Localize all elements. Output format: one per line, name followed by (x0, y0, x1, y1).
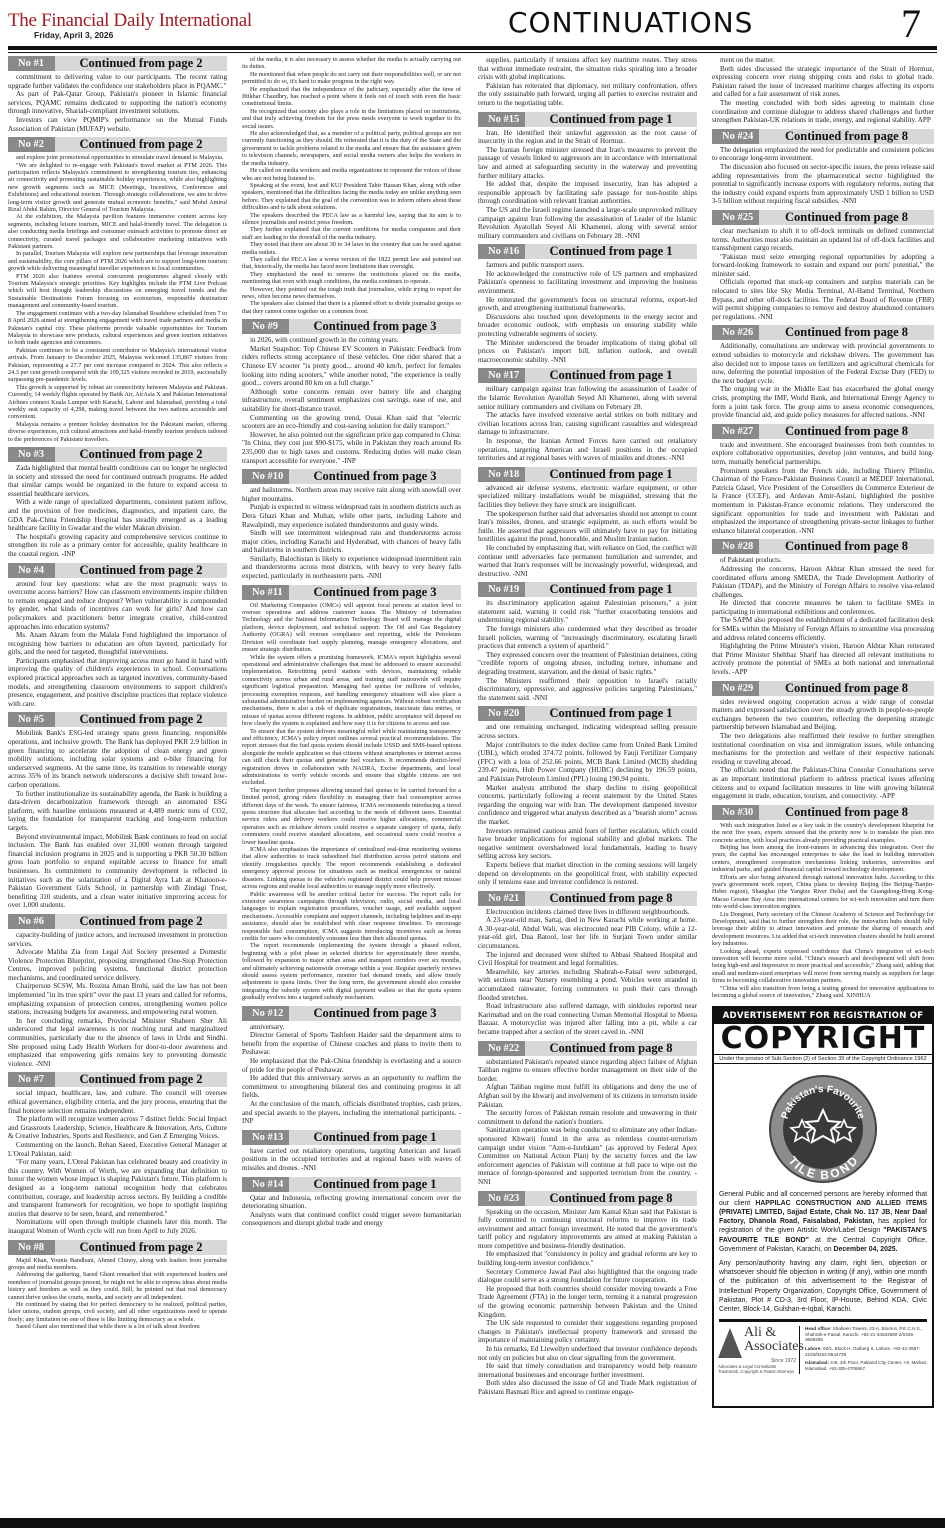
office-label: Islamabad: (805, 1360, 829, 1365)
story-paragraph: PTM 2026 also features several concurren… (8, 273, 227, 310)
story-paragraph: The speakers also claimed that there is … (242, 300, 461, 315)
story-continued-from: Continued from page 8 (759, 424, 934, 439)
story-body: of the media, it is also necessary to as… (242, 56, 461, 315)
story-body: ment on the matter.Both sides discussed … (712, 56, 934, 125)
story-paragraph: capacity-building of justice actors, and… (8, 931, 227, 948)
story-paragraph: Mobilink Bank's ESG-led strategy spans g… (8, 729, 227, 789)
story-header: No #9Continued from page 3 (242, 319, 461, 334)
story-body: social impact, healthcare, law, and cult… (8, 1089, 227, 1235)
story-paragraph: its discriminatory application against P… (478, 599, 697, 625)
story-paragraph: Saeed Ghani also mentioned that while th… (8, 1323, 227, 1330)
story-paragraph: Market Snapshot: Top Chinese EV Scooters… (242, 345, 461, 388)
story-body: sides reviewed ongoing cooperation acros… (712, 698, 934, 801)
story-paragraph: He directed that concrete measures be ta… (712, 599, 934, 616)
office-label: Head office: (805, 1326, 831, 1331)
story-paragraph: Participants emphasised that improving a… (8, 657, 227, 709)
story-paragraph: Electrocution incidents claimed three li… (478, 908, 697, 917)
story-header: No #1Continued from page 2 (8, 56, 227, 71)
story-paragraph: This growth is supported by robust air c… (8, 384, 227, 421)
story-body: supplies, particularly if tensions affec… (478, 56, 697, 108)
story-continued-from: Continued from page 1 (289, 1177, 461, 1192)
continuation-story: No #12Continued from page 3anniversary.D… (242, 1006, 461, 1126)
story-number-label: No #6 (8, 914, 55, 929)
story-header: No #25Continued from page 8 (712, 210, 934, 225)
story-paragraph: He mentioned that when people do not car… (242, 71, 461, 86)
story-paragraph: The foreign ministers also condemned wha… (478, 625, 697, 651)
story-paragraph: Additionally, consultations are underway… (712, 342, 934, 385)
story-paragraph: The Ministers reaffirmed their oppositio… (478, 677, 697, 703)
continuation-story: No #5Continued from page 2Mobilink Bank'… (8, 712, 227, 909)
ad-notice-objection: Any person/authority having any claim, r… (714, 1259, 932, 1314)
story-number-label: No #29 (712, 681, 759, 696)
story-header: No #12Continued from page 3 (242, 1006, 461, 1021)
story-paragraph: Malaysia remains a premier holiday desti… (8, 421, 227, 443)
story-header: No #24Continued from page 8 (712, 129, 934, 144)
story-paragraph: The hospital's growing capacity and comp… (8, 533, 227, 559)
page-bottom-rule (0, 1518, 945, 1528)
story-paragraph: In parallel, Tourism Malaysia will explo… (8, 250, 227, 272)
story-paragraph: Road infrastructure also suffered damage… (478, 1002, 697, 1036)
story-paragraph: commitment to delivering value to our pa… (8, 73, 227, 90)
story-paragraph: At the exhibition, the Malaysia pavilion… (8, 213, 227, 250)
office-details: 50/1, Block H, Gulberg II, Lahore. +92-4… (805, 1346, 920, 1357)
story-header: No #17Continued from page 1 (478, 368, 697, 383)
continuation-story: No #20Continued from page 1and one remai… (478, 706, 697, 886)
story-paragraph: They expressed concern over the treatmen… (478, 651, 697, 677)
copyright-advertisement: ADVERTISEMENT FOR REGISTRATION OF COPYRI… (712, 1006, 934, 1408)
story-continued-from: Continued from page 3 (289, 469, 461, 484)
story-paragraph: He added that, despite the imposed insec… (478, 180, 697, 206)
story-paragraph: He added that this anniversary serves as… (242, 1074, 461, 1100)
story-paragraph: ICMA also emphasizes the importance of c… (242, 846, 461, 890)
story-number-label: No #23 (478, 1191, 525, 1206)
story-header: No #19Continued from page 1 (478, 582, 697, 597)
story-header: No #14Continued from page 1 (242, 1177, 461, 1192)
story-paragraph: They emphasized the need to remove the r… (242, 271, 461, 286)
story-header: No #27Continued from page 8 (712, 424, 934, 439)
continuation-story: No #8Continued from page 2Majid Khan, Yo… (8, 1240, 227, 1331)
story-header: No #13Continued from page 1 (242, 1130, 461, 1145)
story-body: substantiated Pakistan's repeated stance… (478, 1058, 697, 1187)
story-paragraph: Secretary Commerce Jawad Paul also highl… (478, 1268, 697, 1285)
story-continued-from: Continued from page 2 (55, 563, 227, 578)
story-paragraph: He said that timely consultation and tra… (478, 1362, 697, 1379)
story-paragraph: Discussions also touched upon developmen… (478, 313, 697, 339)
story-paragraph: The report further proposes allowing unu… (242, 787, 461, 846)
story-paragraph: Chairperson SCSW, Ms. Rozina Aman Brohi,… (8, 982, 227, 1016)
story-body: of Pakistani products.Addressing the con… (712, 556, 934, 676)
story-paragraph: The delegation emphasized the need for p… (712, 146, 934, 163)
column-3: supplies, particularly if tensions affec… (478, 56, 697, 1516)
story-paragraph: Addressing the concerns, Haroon Akhtar K… (712, 565, 934, 599)
continuation-story: No #1Continued from page 2commitment to … (8, 56, 227, 133)
story-paragraph: Sanitization operation was being conduct… (478, 1126, 697, 1186)
story-paragraph: Efforts are also being advanced through … (712, 874, 934, 911)
story-body: trade and investment. She encouraged bus… (712, 441, 934, 536)
continuation-story: No #9Continued from page 3in 2026, with … (242, 319, 461, 465)
story-paragraph: clear mechanism to shift it to off-dock … (712, 227, 934, 253)
story-paragraph: Pakistan continues to be a consistent co… (8, 347, 227, 384)
continuation-story: No #4Continued from page 2around four ke… (8, 563, 227, 709)
story-header: No #7Continued from page 2 (8, 1072, 227, 1087)
story-paragraph: Pakistan has reiterated that diplomacy, … (478, 82, 697, 108)
continuation-story: No #27Continued from page 8trade and inv… (712, 424, 934, 536)
story-header: No #4Continued from page 2 (8, 563, 227, 578)
story-paragraph: The meeting concluded with both sides ag… (712, 99, 934, 125)
continuation-story: No #6Continued from page 2capacity-build… (8, 914, 227, 1069)
section-title: CONTINUATIONS (508, 6, 753, 39)
story-paragraph: Punjab is expected to witness widespread… (242, 503, 461, 529)
story-body: advanced air defense systems, electronic… (478, 484, 697, 579)
continuation-story: No #15Continued from page 1Iran. He iden… (478, 112, 697, 241)
story-paragraph: "We are delighted to re-engage with Paki… (8, 162, 227, 214)
story-number-label: No #17 (478, 368, 525, 383)
story-paragraph: The ongoing war in the Middle East has e… (712, 385, 934, 419)
story-paragraph: Experts believe that market direction in… (478, 861, 697, 887)
story-paragraph: Beijing has been among the front-runners… (712, 844, 934, 874)
story-continued-from: Continued from page 8 (525, 1041, 697, 1056)
story-body: clear mechanism to shift it to off-dock … (712, 227, 934, 322)
story-body: Speaking on the occasion, Minister Jam K… (478, 1208, 697, 1397)
story-paragraph: The security forces of Pakistan remain r… (478, 1109, 697, 1126)
story-header: No #15Continued from page 1 (478, 112, 697, 127)
continuation-story: No #13Continued from page 1have carried … (242, 1130, 461, 1173)
story-paragraph: Advocate Maliha Zia from Legal Aid Socie… (8, 948, 227, 982)
story-paragraph: advanced air defense systems, electronic… (478, 484, 697, 510)
story-number-label: No #26 (712, 325, 759, 340)
story-continued-from: Continued from page 8 (759, 325, 934, 340)
story-paragraph: Highlighting the Prime Minister's vision… (712, 642, 934, 676)
story-continued-from: Continued from page 1 (289, 1130, 461, 1145)
story-number-label: No #24 (712, 129, 759, 144)
story-header: No #18Continued from page 1 (478, 467, 697, 482)
ad-headline: COPYRIGHT (714, 1024, 932, 1055)
story-number-label: No #13 (242, 1130, 289, 1145)
office-address: Head office: Shaheen Towers, 23-A, Block… (805, 1326, 928, 1343)
story-paragraph: As part of Pak-Qatar Group, Pakistan's p… (8, 90, 227, 116)
story-paragraph: The injured and deceased were shifted to… (478, 951, 697, 968)
story-paragraph: ment on the matter. (712, 56, 934, 65)
story-continued-from: Continued from page 8 (759, 129, 934, 144)
story-header: No #29Continued from page 8 (712, 681, 934, 696)
story-paragraph: To further institutionalize its sustaina… (8, 790, 227, 833)
story-number-label: No #7 (8, 1072, 55, 1087)
story-paragraph: Investors can view PQMIP's performance o… (8, 116, 227, 133)
continuation-story: No #14Continued from page 1Qatar and Ind… (242, 1177, 461, 1228)
office-address: Islamabad: 4-B, 4th Floor, Pakland City … (805, 1360, 928, 1371)
story-paragraph: He continued by stating that for perfect… (8, 1301, 227, 1323)
story-body: Oil Marketing Companies (OMCs) will appo… (242, 602, 461, 1002)
story-paragraph: The attacks have involved extensive aeri… (478, 411, 697, 437)
law-firm-logo: Ali & Associates Since 1972 Advocates & … (718, 1326, 800, 1374)
story-paragraph: Speaking on the occasion, Minister Jam K… (478, 1208, 697, 1251)
story-continued-from: Continued from page 2 (55, 914, 227, 929)
continuation-story: No #17Continued from page 1military camp… (478, 368, 697, 462)
story-paragraph: supplies, particularly if tensions affec… (478, 56, 697, 82)
story-paragraph: military campaign against Iran following… (478, 385, 697, 411)
newspaper-title: The Financial Daily International (8, 10, 252, 32)
story-number-label: No #8 (8, 1240, 55, 1255)
story-paragraph: Addressing the gathering, Saeed Ghani re… (8, 1271, 227, 1301)
continuation-story: No #25Continued from page 8clear mechani… (712, 210, 934, 322)
story-paragraph: Ms. Anam Akram from the Malala Fund high… (8, 631, 227, 657)
story-paragraph: In response, the Iranian Armed Forces ha… (478, 437, 697, 463)
story-continued-from: Continued from page 8 (525, 1191, 697, 1206)
story-paragraph: He acknowledged the constructive role of… (478, 270, 697, 296)
story-number-label: No #30 (712, 805, 759, 820)
continuation-story: supplies, particularly if tensions affec… (478, 56, 697, 108)
story-paragraph: sides reviewed ongoing cooperation acros… (712, 698, 934, 732)
story-paragraph: Iran. He identified their unlawful aggre… (478, 129, 697, 146)
story-paragraph: He emphasized that the Pak-China friends… (242, 1057, 461, 1074)
story-paragraph: However, they pointed out the tough trut… (242, 286, 461, 301)
ad-subheader: Under the proviso of Sub-Section (2) of … (714, 1055, 932, 1064)
story-paragraph: Qatar and Indonesia, reflecting growing … (242, 1194, 461, 1211)
story-paragraph: social impact, healthcare, law, and cult… (8, 1089, 227, 1115)
story-body: have carried out retaliatory operations,… (242, 1147, 461, 1173)
story-header: No #3Continued from page 2 (8, 447, 227, 462)
story-header: No #26Continued from page 8 (712, 325, 934, 340)
firm-name-line2: Associates (744, 1340, 804, 1354)
story-paragraph: Commenting on the launch, Rehan Saeed, E… (8, 1141, 227, 1158)
story-header: No #2Continued from page 2 (8, 137, 227, 152)
firm-name-line1: Ali & (744, 1326, 804, 1340)
story-paragraph: They noted that there are about 30 to 34… (242, 241, 461, 256)
column-4-stories: ment on the matter.Both sides discussed … (712, 56, 934, 1000)
story-number-label: No #14 (242, 1177, 289, 1192)
ad-notice-applicant: General Public and all concerned persons… (714, 1190, 932, 1254)
story-header: No #5Continued from page 2 (8, 712, 227, 727)
column-1: No #1Continued from page 2commitment to … (8, 56, 227, 1516)
issue-date: Friday, April 3, 2026 (34, 30, 113, 40)
story-paragraph: Sindh will see intermittent widespread r… (242, 529, 461, 555)
story-paragraph: Zada highlighted that mental health cond… (8, 464, 227, 498)
story-number-label: No #4 (8, 563, 55, 578)
story-continued-from: Continued from page 2 (55, 137, 227, 152)
story-body: commitment to delivering value to our pa… (8, 73, 227, 133)
story-continued-from: Continued from page 1 (525, 368, 697, 383)
continuation-story: No #11Continued from page 3Oil Marketing… (242, 585, 461, 1002)
ad-footer: Ali & Associates Since 1972 Advocates & … (714, 1326, 932, 1378)
story-continued-from: Continued from page 8 (759, 805, 934, 820)
story-paragraph: While the system offers a promising fram… (242, 654, 461, 728)
story-paragraph: The US and the Israeli regime launched a… (478, 206, 697, 240)
continuation-story: of the media, it is also necessary to as… (242, 56, 461, 315)
story-paragraph: He emphasized that "consistency in polic… (478, 1250, 697, 1267)
story-paragraph: In his remarks, Ed Llewellyn underlined … (478, 1345, 697, 1362)
story-number-label: No #5 (8, 712, 55, 727)
story-paragraph: "China will also transition from being a… (712, 985, 934, 1000)
story-number-label: No #28 (712, 539, 759, 554)
story-body: its discriminatory application against P… (478, 599, 697, 702)
story-body: military campaign against Iran following… (478, 385, 697, 462)
story-paragraph: of Pakistani products. (712, 556, 934, 565)
firm-triangle-icon (718, 1328, 742, 1358)
story-paragraph: of the media, it is also necessary to as… (242, 56, 461, 71)
story-paragraph: In her concluding remarks, Provincial Mi… (8, 1017, 227, 1069)
story-continued-from: Continued from page 3 (289, 1006, 461, 1021)
story-continued-from: Continued from page 8 (525, 891, 697, 906)
column-2: of the media, it is also necessary to as… (242, 56, 461, 1516)
story-continued-from: Continued from page 8 (759, 681, 934, 696)
story-paragraph: To ensure that the system delivers meani… (242, 728, 461, 787)
masthead-rule-thin (8, 52, 937, 53)
story-paragraph: and hailstorms. Northern areas may recei… (242, 486, 461, 503)
story-paragraph: He recognized that society also plays a … (242, 108, 461, 130)
continuation-story: No #18Continued from page 1advanced air … (478, 467, 697, 579)
story-paragraph: anniversary. (242, 1023, 461, 1032)
story-paragraph: in 2026, with continued growth in the co… (242, 336, 461, 345)
story-paragraph: Both sides discussed the strategic impor… (712, 65, 934, 99)
story-number-label: No #27 (712, 424, 759, 439)
story-number-label: No #22 (478, 1041, 525, 1056)
continuation-story: No #28Continued from page 8of Pakistani … (712, 539, 934, 676)
story-paragraph: With such integration listed as a key ta… (712, 822, 934, 844)
story-paragraph: Market analysts attributed the sharp dec… (478, 784, 697, 827)
three-stars-icon: Pakistan's Favourite TILE BOND (768, 1074, 878, 1184)
continuation-story: No #2Continued from page 2and explore jo… (8, 137, 227, 443)
masthead-rule (8, 46, 937, 50)
story-body: Majid Khan, Younis Bandhani, Ahmed Chino… (8, 1257, 227, 1331)
tile-bond-logo: Pakistan's Favourite TILE BOND (714, 1064, 932, 1190)
story-number-label: No #25 (712, 210, 759, 225)
continuation-story: No #22Continued from page 8substantiated… (478, 1041, 697, 1187)
story-paragraph: The report recommends implementing the s… (242, 942, 461, 1001)
story-paragraph: He reiterated the government's focus on … (478, 296, 697, 313)
story-header: No #22Continued from page 8 (478, 1041, 697, 1056)
story-continued-from: Continued from page 2 (55, 56, 227, 71)
story-paragraph: and one remaining unchanged, indicating … (478, 723, 697, 740)
story-number-label: No #2 (8, 137, 55, 152)
story-header: No #6Continued from page 2 (8, 914, 227, 929)
story-paragraph: have carried out retaliatory operations,… (242, 1147, 461, 1173)
story-continued-from: Continued from page 2 (55, 712, 227, 727)
continuation-story: No #7Continued from page 2social impact,… (8, 1072, 227, 1235)
story-number-label: No #1 (8, 56, 55, 71)
story-body: around four key questions: what are the … (8, 580, 227, 709)
ad-notice-emphasis: December 04, 2025. (834, 1246, 898, 1253)
masthead: The Financial Daily International Friday… (8, 0, 937, 48)
story-paragraph: He proposed that both countries should c… (478, 1285, 697, 1319)
story-header: No #16Continued from page 1 (478, 244, 697, 259)
story-paragraph: He emphasized that the independence of t… (242, 86, 461, 108)
story-paragraph: The speakers described the PECA law as a… (242, 212, 461, 227)
story-paragraph: Public awareness will be another critica… (242, 891, 461, 943)
continuation-story: ment on the matter.Both sides discussed … (712, 56, 934, 125)
story-paragraph: Both sides also discussed the issue of G… (478, 1379, 697, 1396)
story-continued-from: Continued from page 1 (525, 244, 697, 259)
page-number: 7 (901, 0, 921, 47)
story-paragraph: Prominent speakers from the French side,… (712, 467, 934, 536)
story-continued-from: Continued from page 3 (289, 585, 461, 600)
story-paragraph: Investors remained cautious amid fears o… (478, 827, 697, 861)
story-body: Zada highlighted that mental health cond… (8, 464, 227, 559)
story-paragraph: At the conclusion of the match, official… (242, 1100, 461, 1126)
story-paragraph: "Pakistan must seize emerging regional o… (712, 253, 934, 279)
story-body: anniversary.Director General of Sports T… (242, 1023, 461, 1126)
story-paragraph: Nominations will open through multiple c… (8, 1218, 227, 1235)
story-body: The delegation emphasized the need for p… (712, 146, 934, 206)
story-paragraph: Looking ahead, experts expressed confide… (712, 948, 934, 985)
story-paragraph: "For many years, L'Oreal Pakistan has ce… (8, 1158, 227, 1218)
story-paragraph: Commenting on the growing trend, Ousai K… (242, 414, 461, 431)
story-number-label: No #21 (478, 891, 525, 906)
story-paragraph: They further explained that the current … (242, 226, 461, 241)
story-number-label: No #10 (242, 469, 289, 484)
story-header: No #28Continued from page 8 (712, 539, 934, 554)
story-number-label: No #11 (242, 585, 289, 600)
story-paragraph: Liu Dongmei, Party secretary of the Chin… (712, 911, 934, 948)
story-header: No #10Continued from page 3 (242, 469, 461, 484)
story-paragraph: The engagement continues with a two-day … (8, 310, 227, 347)
story-paragraph: The two delegations also reaffirmed thei… (712, 732, 934, 766)
story-paragraph: trade and investment. She encouraged bus… (712, 441, 934, 467)
story-body: With such integration listed as a key ta… (712, 822, 934, 1000)
story-header: No #30Continued from page 8 (712, 805, 934, 820)
story-paragraph: Meanwhile, key arteries including Shahra… (478, 968, 697, 1002)
ad-divider (719, 1319, 927, 1322)
story-continued-from: Continued from page 2 (55, 1240, 227, 1255)
story-paragraph: Oil Marketing Companies (OMCs) will appo… (242, 602, 461, 654)
story-paragraph: Beyond environmental impact, Mobilink Ba… (8, 833, 227, 910)
office-label: Lahore: (805, 1346, 822, 1351)
story-paragraph: around four key questions: what are the … (8, 580, 227, 632)
story-continued-from: Continued from page 8 (759, 210, 934, 225)
continuation-story: No #3Continued from page 2Zada highlight… (8, 447, 227, 559)
story-paragraph: They called the PECA law a worse version… (242, 256, 461, 271)
story-body: Additionally, consultations are underway… (712, 342, 934, 419)
story-paragraph: The discussion also focused on sector-sp… (712, 163, 934, 206)
story-header: No #23Continued from page 8 (478, 1191, 697, 1206)
story-paragraph: With a wide range of specialized departm… (8, 498, 227, 532)
story-number-label: No #19 (478, 582, 525, 597)
story-paragraph: The platform will recognize women across… (8, 1115, 227, 1141)
continuation-story: No #10Continued from page 3and hailstorm… (242, 469, 461, 581)
story-number-label: No #18 (478, 467, 525, 482)
firm-offices: Head office: Shaheen Towers, 23-A, Block… (800, 1326, 928, 1374)
story-paragraph: farmers and public transport users. (478, 261, 697, 270)
continuation-story: No #30Continued from page 8With such int… (712, 805, 934, 1000)
story-number-label: No #9 (242, 319, 289, 334)
story-paragraph: Speaking at the event, host and KUJ Pres… (242, 182, 461, 212)
continuation-story: No #16Continued from page 1farmers and p… (478, 244, 697, 364)
story-paragraph: He called on media workers and media org… (242, 167, 461, 182)
story-continued-from: Continued from page 1 (525, 112, 697, 127)
story-number-label: No #12 (242, 1006, 289, 1021)
story-paragraph: Although some concerns remain over batte… (242, 388, 461, 414)
story-paragraph: A 23-year-old man, Sartaj, died in New K… (478, 916, 697, 950)
story-paragraph: The Iranian foreign minister stressed th… (478, 146, 697, 180)
story-continued-from: Continued from page 2 (55, 447, 227, 462)
story-header: No #21Continued from page 8 (478, 891, 697, 906)
story-paragraph: Similarly, Balochistan is likely to expe… (242, 555, 461, 581)
office-address: Lahore: 50/1, Block H, Gulberg II, Lahor… (805, 1346, 928, 1357)
story-paragraph: and explore joint promotional opportunit… (8, 154, 227, 161)
story-paragraph: The SAPM also proposed the establishment… (712, 616, 934, 642)
story-paragraph: Major contributors to the index decline … (478, 741, 697, 784)
story-body: Iran. He identified their unlawful aggre… (478, 129, 697, 241)
story-body: Qatar and Indonesia, reflecting growing … (242, 1194, 461, 1228)
story-body: Electrocution incidents claimed three li… (478, 908, 697, 1037)
story-body: and explore joint promotional opportunit… (8, 154, 227, 443)
continuation-story: No #26Continued from page 8Additionally,… (712, 325, 934, 419)
story-paragraph: substantiated Pakistan's repeated stance… (478, 1058, 697, 1084)
story-continued-from: Continued from page 1 (525, 467, 697, 482)
story-body: capacity-building of justice actors, and… (8, 931, 227, 1069)
story-body: and one remaining unchanged, indicating … (478, 723, 697, 886)
story-body: farmers and public transport users.He ac… (478, 261, 697, 364)
continuation-story: No #23Continued from page 8Speaking on t… (478, 1191, 697, 1397)
